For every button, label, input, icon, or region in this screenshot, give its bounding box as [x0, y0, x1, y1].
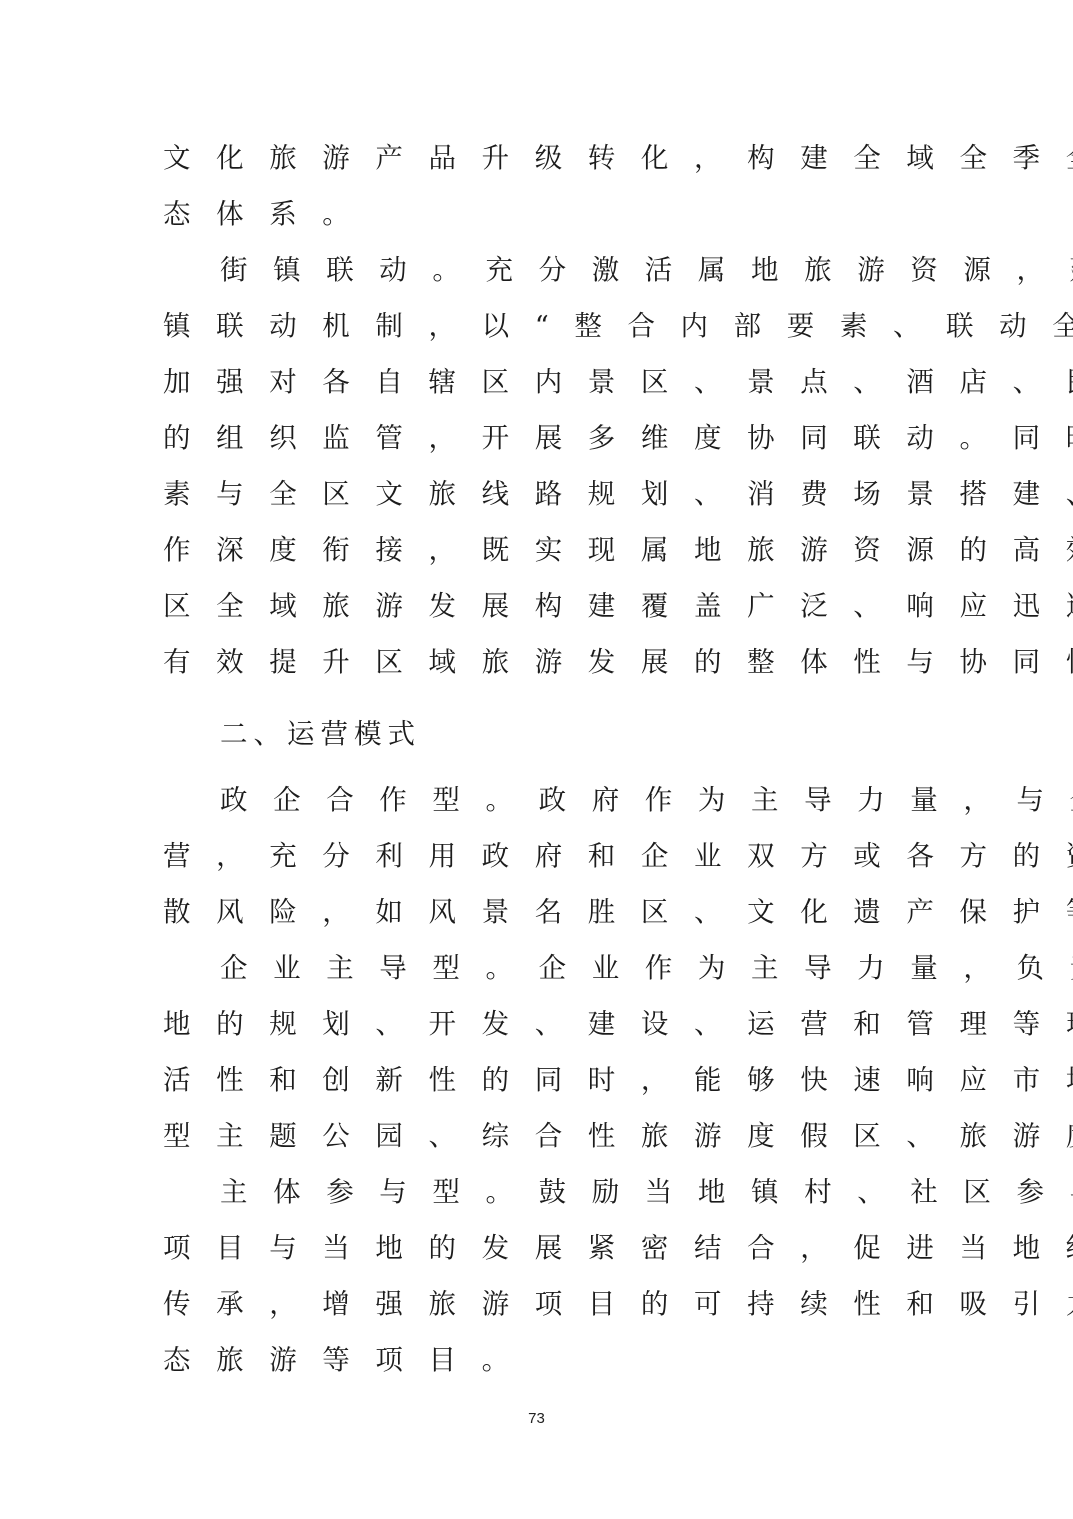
paragraph-line: 型主题公园、综合性旅游度假区、旅游度假村等项目。	[163, 1116, 923, 1156]
paragraph-line: 项目与当地的发展紧密结合，促进当地经济的发展和文化的	[163, 1228, 923, 1268]
paragraph-line: 散风险，如风景名胜区、文化遗产保护等项目。	[163, 892, 923, 932]
section-heading: 二、运营模式	[220, 714, 421, 754]
paragraph-line: 企业主导型。企业作为主导力量，负责景区或旅游目的	[220, 948, 980, 988]
page-number: 73	[0, 1410, 1073, 1427]
paragraph-line: 作深度衔接，既实现属地旅游资源的高效活化利用，又为全	[163, 530, 923, 570]
paragraph-line: 文化旅游产品升级转化，构建全域全季全场景的文旅发展生	[163, 138, 923, 178]
paragraph-line: 态体系。	[163, 194, 923, 234]
paragraph-line: 区全域旅游发展构建覆盖广泛、响应迅速的基层联动网络，	[163, 586, 923, 626]
paragraph-line: 营，充分利用政府和企业双方或各方的资源优势，降低并分	[163, 836, 923, 876]
paragraph-line: 街镇联动。充分激活属地旅游资源，建立津南区各街、	[220, 250, 980, 290]
paragraph-line: 加强对各自辖区内景区、景点、酒店、民宿等旅游相关主体	[163, 362, 923, 402]
paragraph-line: 主体参与型。鼓励当地镇村、社区参与和受益，将旅游	[220, 1172, 980, 1212]
paragraph-line: 传承，增强旅游项目的可持续性和吸引力，如乡村旅游、生	[163, 1284, 923, 1324]
paragraph-line: 素与全区文旅线路规划、消费场景搭建、服务体系完善等工	[163, 474, 923, 514]
paragraph-line: 有效提升区域旅游发展的整体性与协同性。	[163, 642, 923, 682]
paragraph-line: 态旅游等项目。	[163, 1340, 923, 1380]
paragraph-line: 活性和创新性的同时，能够快速响应市场需求和变化，如大	[163, 1060, 923, 1100]
paragraph-line: 政企合作型。政府作为主导力量，与企业合作，联动运	[220, 780, 980, 820]
document-page: 文化旅游产品升级转化，构建全域全季全场景的文旅发展生 态体系。 街镇联动。充分激…	[0, 0, 1073, 1519]
paragraph-line: 的组织监管，开展多维度协同联动。同时，推动辖区旅游要	[163, 418, 923, 458]
paragraph-line: 地的规划、开发、建设、运营和管理等环节。在具有市场灵	[163, 1004, 923, 1044]
paragraph-line: 镇联动机制，以“整合内部要素、联动全区资源”为核心，	[163, 306, 923, 346]
